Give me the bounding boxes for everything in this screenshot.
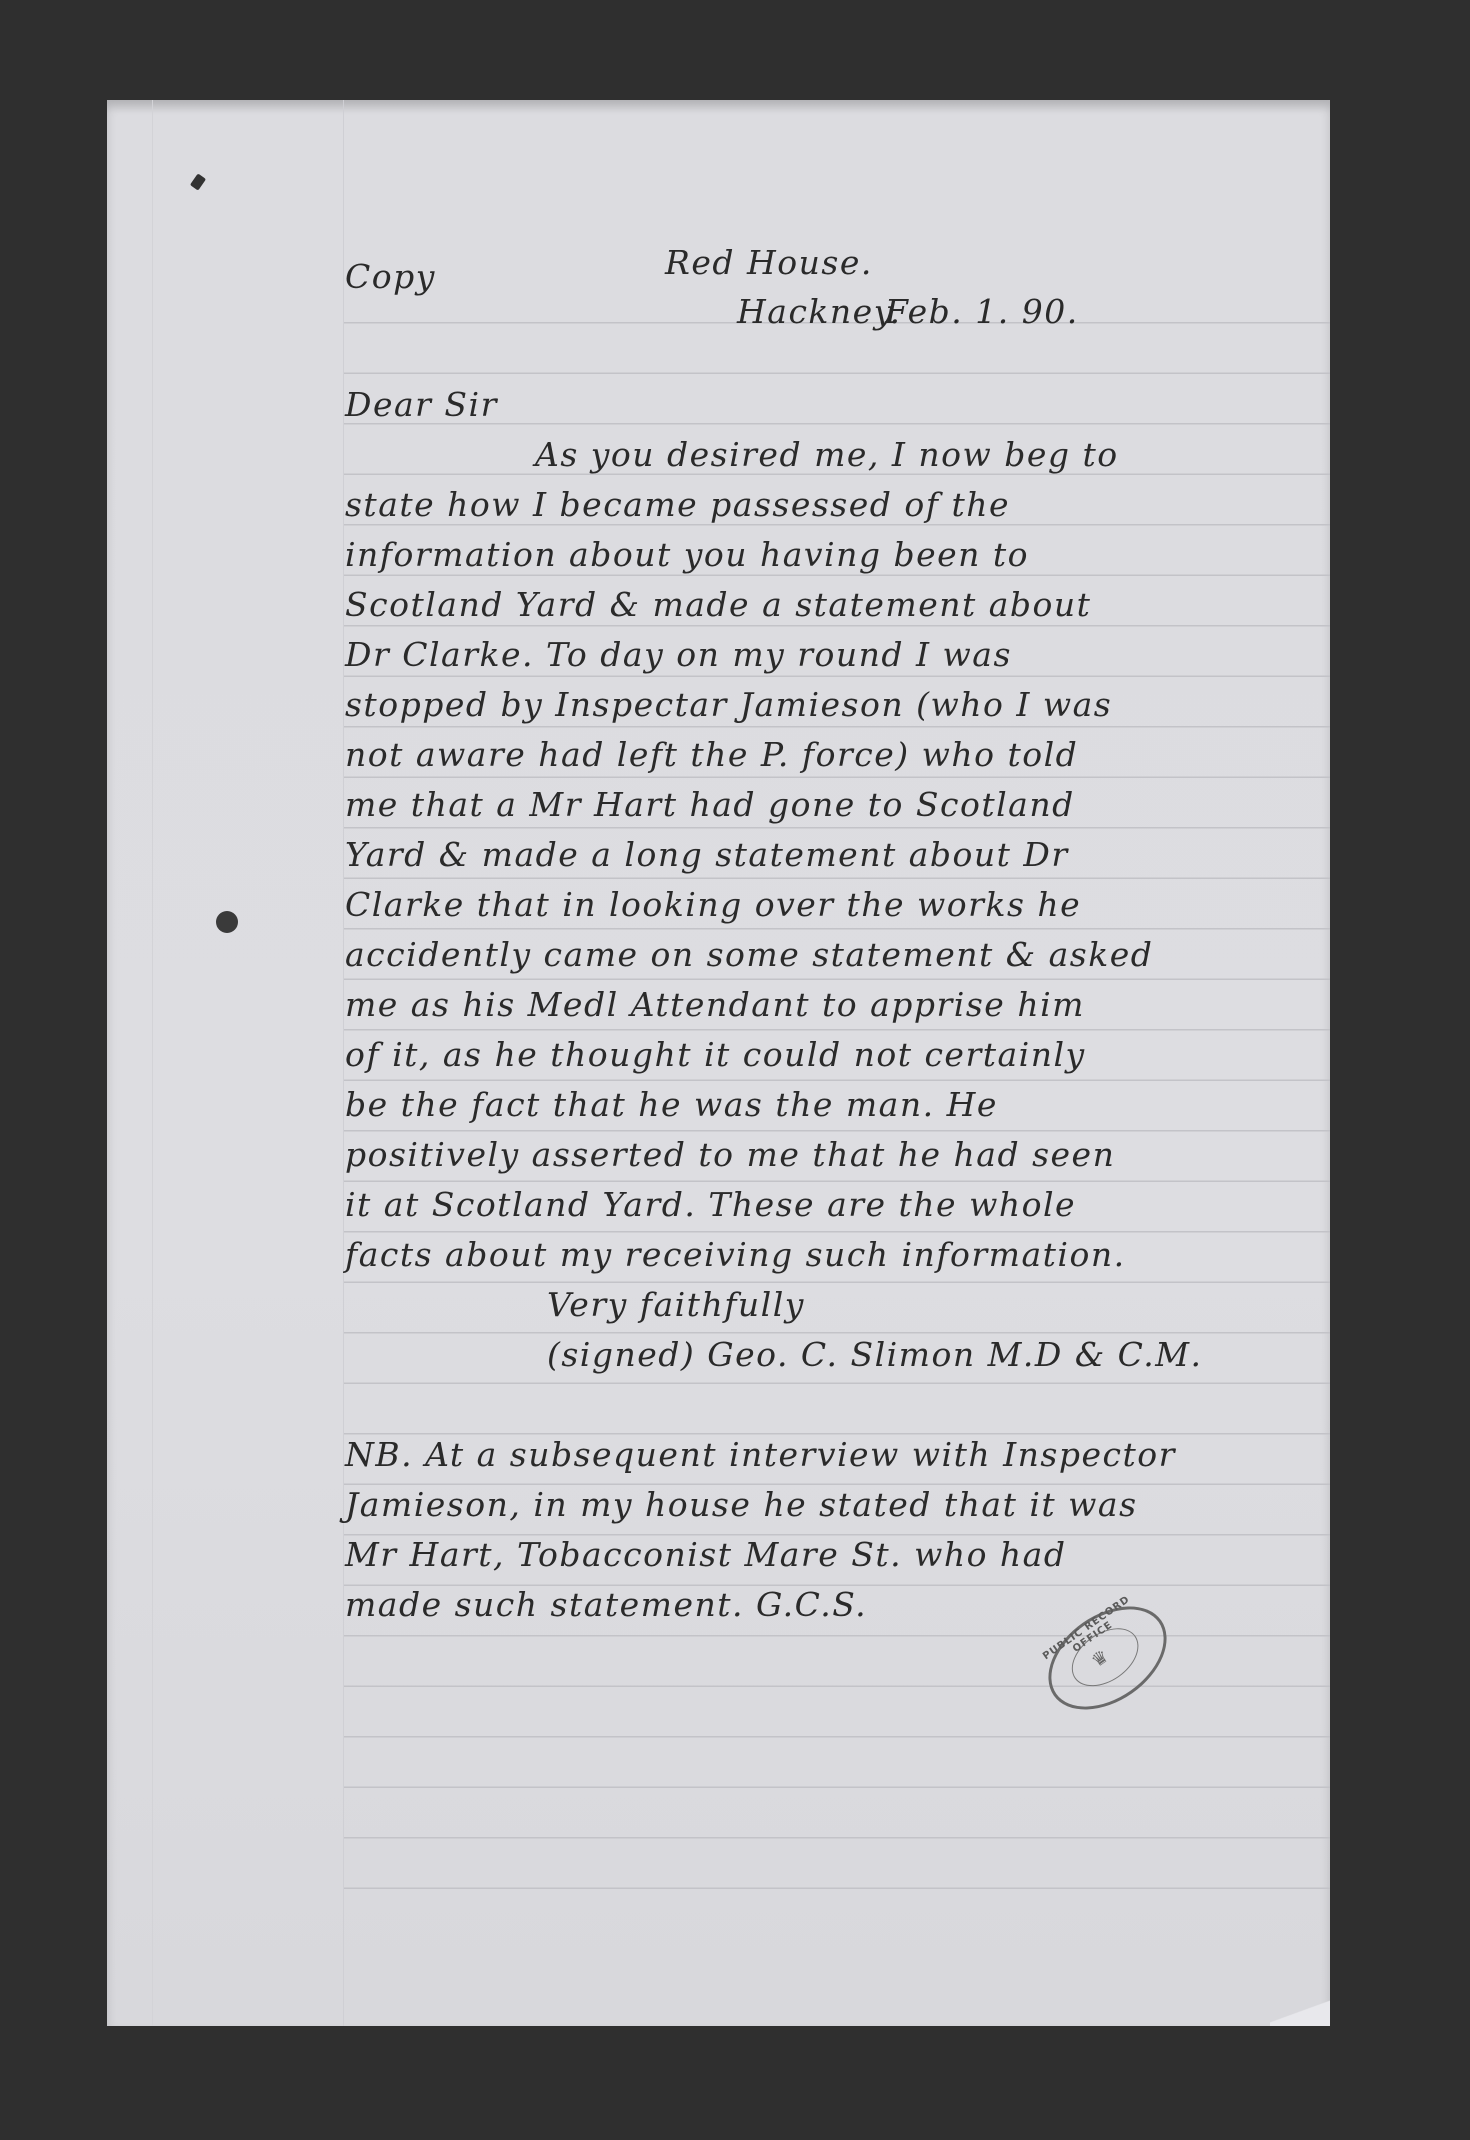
body-line: information about you having been to <box>345 535 1029 574</box>
body-line: As you desired me, I now beg to <box>535 435 1119 474</box>
corner-fold <box>1270 1996 1330 2026</box>
body-line: facts about my receiving such informatio… <box>345 1235 1126 1274</box>
postscript-line: made such statement. G.C.S. <box>345 1585 867 1624</box>
salutation: Dear Sir <box>345 385 498 424</box>
letter-page: Copy Red House. Hackney. Feb. 1. 90. Dea… <box>107 100 1330 2026</box>
postscript-line: NB. At a subsequent interview with Inspe… <box>345 1435 1176 1474</box>
letter-date: Feb. 1. 90. <box>885 292 1079 331</box>
address-line-2: Hackney. <box>737 292 901 331</box>
body-line: stopped by Inspectar Jamieson (who I was <box>345 685 1112 724</box>
body-line: of it, as he thought it could not certai… <box>345 1035 1086 1074</box>
left-fold-line <box>152 100 153 2026</box>
signature: (signed) Geo. C. Slimon M.D & C.M. <box>547 1335 1203 1374</box>
body-line: me as his Medl Attendant to apprise him <box>345 985 1085 1024</box>
body-line: state how I became passessed of the <box>345 485 1010 524</box>
copy-label: Copy <box>345 257 436 296</box>
closing: Very faithfully <box>547 1285 805 1324</box>
body-line: me that a Mr Hart had gone to Scotland <box>345 785 1075 824</box>
body-line: be the fact that he was the man. He <box>345 1085 998 1124</box>
address-line-1: Red House. <box>665 243 873 282</box>
body-line: Clarke that in looking over the works he <box>345 885 1081 924</box>
body-line: Yard & made a long statement about Dr <box>345 835 1069 874</box>
postscript-line: Mr Hart, Tobacconist Mare St. who had <box>345 1535 1066 1574</box>
body-line: it at Scotland Yard. These are the whole <box>345 1185 1076 1224</box>
body-line: accidently came on some statement & aske… <box>345 935 1153 974</box>
tack-mark <box>190 173 206 190</box>
body-line: not aware had left the P. force) who tol… <box>345 735 1078 774</box>
body-line: Scotland Yard & made a statement about <box>345 585 1091 624</box>
postscript-line: Jamieson, in my house he stated that it … <box>345 1485 1138 1524</box>
margin-line <box>343 100 344 2026</box>
body-line: Dr Clarke. To day on my round I was <box>345 635 1012 674</box>
punch-hole <box>216 911 238 933</box>
body-line: positively asserted to me that he had se… <box>345 1135 1115 1174</box>
